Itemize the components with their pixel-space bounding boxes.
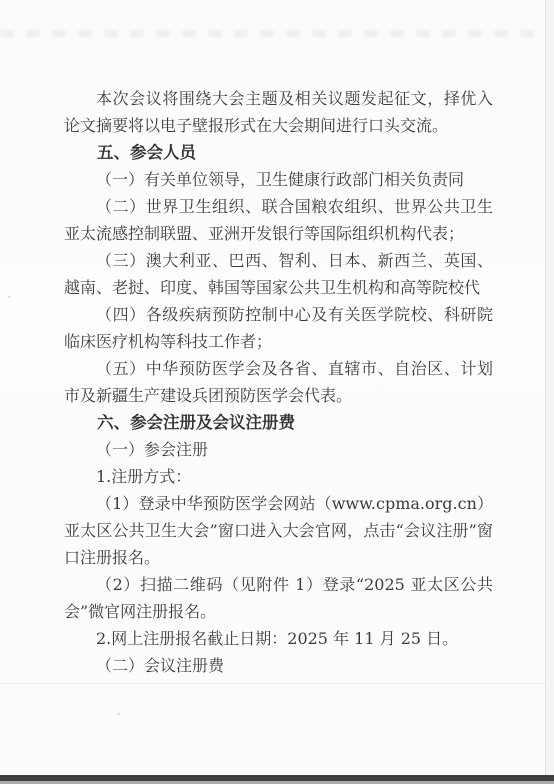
text-line: 口注册报名。 (64, 544, 493, 571)
text-line: （一）参会注册 (64, 436, 493, 463)
text-line: 2.网上注册报名截止日期：2025 年 11 月 25 日。 (64, 625, 493, 652)
text-line: 越南、老挝、印度、韩国等国家公共卫生机构和高等院校代表； (64, 274, 493, 301)
text-line: （1）登录中华预防医学会网站（www.cpma.org.cn）点击“2025 (64, 490, 493, 517)
scan-right-edge-line (545, 0, 546, 775)
scan-artifact-top-band (0, 30, 554, 37)
text-line: 1.注册方式： (64, 463, 493, 490)
document-lines: 本次会议将围绕大会主题及相关议题发起征文，择优入选的论文摘要将以电子壁报形式在大… (64, 85, 493, 679)
text-line: 临床医疗机构等科技工作者； (64, 328, 493, 355)
text-line: （四）各级疾病预防控制中心及有关医学院校、科研院所、 (64, 301, 493, 328)
text-line: （二）会议注册费 (64, 652, 493, 679)
section-heading: 六、参会注册及会议注册费 (64, 409, 493, 436)
section-heading: 五、参会人员 (64, 139, 493, 166)
text-line: 亚太流感控制联盟、亚洲开发银行等国际组织机构代表； (64, 220, 493, 247)
text-line: 会”微官网注册报名。 (64, 598, 493, 625)
text-line: （二）世界卫生组织、联合国粮农组织、世界公共卫生联盟、 (64, 193, 493, 220)
text-line: （一）有关单位领导，卫生健康行政部门相关负责同志； (64, 166, 493, 193)
text-line: （三）澳大利亚、巴西、智利、日本、新西兰、英国、美国、 (64, 247, 493, 274)
text-line: 市及新疆生产建设兵团预防医学会代表。 (64, 382, 493, 409)
scanned-page-background: 本次会议将围绕大会主题及相关议题发起征文，择优入选的论文摘要将以电子壁报形式在大… (0, 0, 554, 784)
text-line: 亚太区公共卫生大会”窗口进入大会官网，点击“会议注册”窗 (64, 517, 493, 544)
scan-speck (8, 296, 11, 298)
scan-right-margin (546, 0, 554, 775)
text-line: （五）中华预防医学会及各省、直辖市、自治区、计划单列 (64, 355, 493, 382)
text-line: 论文摘要将以电子壁报形式在大会期间进行口头交流。 (64, 112, 493, 139)
text-line: （2）扫描二维码（见附件 1）登录“2025 亚太区公共卫生大 (64, 571, 493, 598)
text-line: 本次会议将围绕大会主题及相关议题发起征文，择优入选的 (64, 85, 493, 112)
scan-faint-line (0, 683, 546, 684)
scan-speck (117, 713, 120, 715)
